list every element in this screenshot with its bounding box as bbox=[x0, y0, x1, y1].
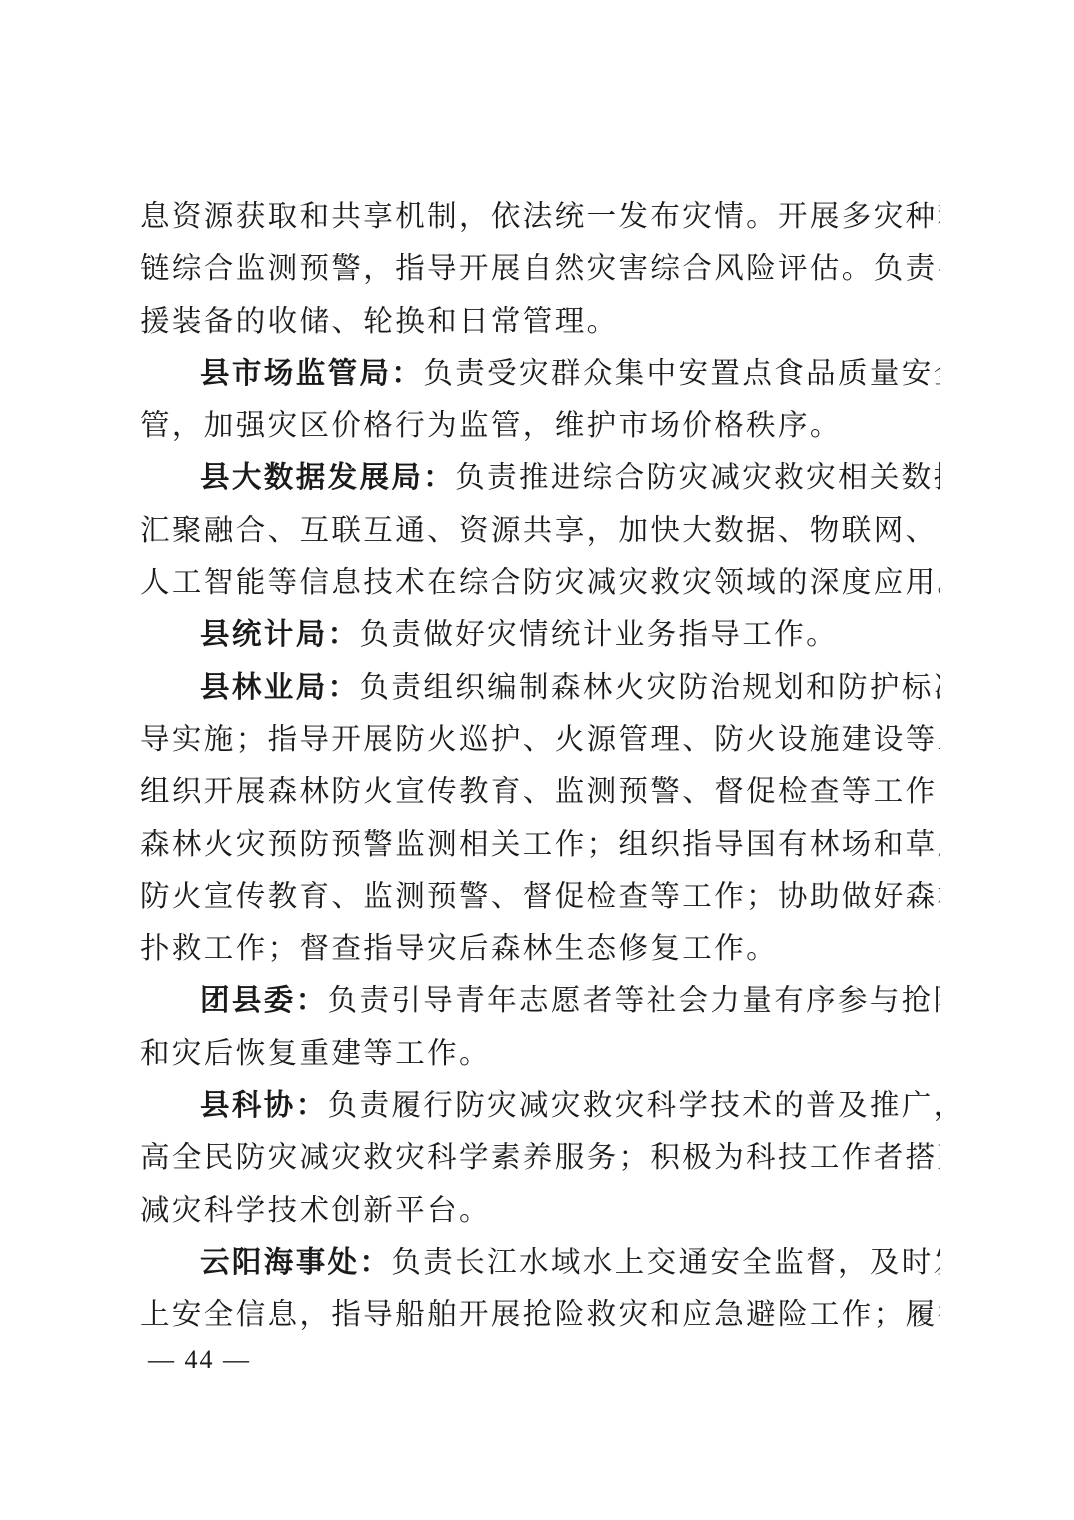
text-line: 管，加强灾区价格行为监管，维护市场价格秩序。 bbox=[140, 399, 940, 451]
paragraph-forestry: 县林业局：负责组织编制森林火灾防治规划和防护标准并指 bbox=[140, 661, 940, 713]
text-segment: 负责推进综合防灾减灾救灾相关数据资源 bbox=[455, 460, 940, 494]
text-line: 森林火灾预防预警监测相关工作；组织指导国有林场和草原开展 bbox=[140, 818, 940, 870]
text-segment: 负责受灾群众集中安置点食品质量安全监 bbox=[423, 356, 940, 390]
text-line: 息资源获取和共享机制，依法统一发布灾情。开展多灾种和灾害 bbox=[140, 190, 940, 242]
text-line: 减灾科学技术创新平台。 bbox=[140, 1184, 940, 1236]
text-line: 和灾后恢复重建等工作。 bbox=[140, 1027, 940, 1079]
text-line: 高全民防灾减灾救灾科学素养服务；积极为科技工作者搭建防灾 bbox=[140, 1131, 940, 1183]
department-name: 云阳海事处： bbox=[200, 1245, 391, 1279]
department-name: 县林业局： bbox=[200, 670, 360, 704]
document-body: 息资源获取和共享机制，依法统一发布灾情。开展多灾种和灾害 链综合监测预警，指导开… bbox=[140, 190, 940, 1341]
department-name: 县统计局： bbox=[200, 617, 360, 651]
text-line: 援装备的收储、轮换和日常管理。 bbox=[140, 295, 940, 347]
paragraph-market-supervision: 县市场监管局：负责受灾群众集中安置点食品质量安全监 bbox=[140, 347, 940, 399]
text-segment: 负责长江水域水上交通安全监督，及时发布水 bbox=[391, 1245, 940, 1279]
text-line: 上安全信息，指导船舶开展抢险救灾和应急避险工作；履行水上 bbox=[140, 1288, 940, 1340]
text-line: 汇聚融合、互联互通、资源共享，加快大数据、物联网、区块链、 bbox=[140, 504, 940, 556]
paragraph-youth-league: 团县委：负责引导青年志愿者等社会力量有序参与抢险救灾 bbox=[140, 974, 940, 1026]
text-line: 组织开展森林防火宣传教育、监测预警、督促检查等工作；负责 bbox=[140, 765, 940, 817]
text-line: 防火宣传教育、监测预警、督促检查等工作；协助做好森林火灾 bbox=[140, 870, 940, 922]
text-segment: 负责引导青年志愿者等社会力量有序参与抢险救灾 bbox=[328, 983, 940, 1017]
page-number: — 44 — bbox=[148, 1345, 251, 1375]
department-name: 县市场监管局： bbox=[200, 356, 423, 390]
text-segment: 负责履行防灾减灾救灾科学技术的普及推广，为提 bbox=[328, 1088, 940, 1122]
text-line: 扑救工作；督查指导灾后森林生态修复工作。 bbox=[140, 922, 940, 974]
paragraph-maritime: 云阳海事处：负责长江水域水上交通安全监督，及时发布水 bbox=[140, 1236, 940, 1288]
paragraph-science-association: 县科协：负责履行防灾减灾救灾科学技术的普及推广，为提 bbox=[140, 1079, 940, 1131]
text-segment: 负责做好灾情统计业务指导工作。 bbox=[360, 617, 839, 651]
text-line: 导实施；指导开展防火巡护、火源管理、防火设施建设等工作； bbox=[140, 713, 940, 765]
department-name: 县大数据发展局： bbox=[200, 460, 455, 494]
document-page: 息资源获取和共享机制，依法统一发布灾情。开展多灾种和灾害 链综合监测预警，指导开… bbox=[0, 0, 1074, 1520]
text-line: 人工智能等信息技术在综合防灾减灾救灾领域的深度应用。 bbox=[140, 556, 940, 608]
text-line: 链综合监测预警，指导开展自然灾害综合风险评估。负责县级救 bbox=[140, 242, 940, 294]
paragraph-big-data: 县大数据发展局：负责推进综合防灾减灾救灾相关数据资源 bbox=[140, 451, 940, 503]
department-name: 团县委： bbox=[200, 983, 328, 1017]
text-segment: 负责组织编制森林火灾防治规划和防护标准并指 bbox=[360, 670, 940, 704]
department-name: 县科协： bbox=[200, 1088, 328, 1122]
paragraph-statistics: 县统计局：负责做好灾情统计业务指导工作。 bbox=[140, 608, 940, 660]
